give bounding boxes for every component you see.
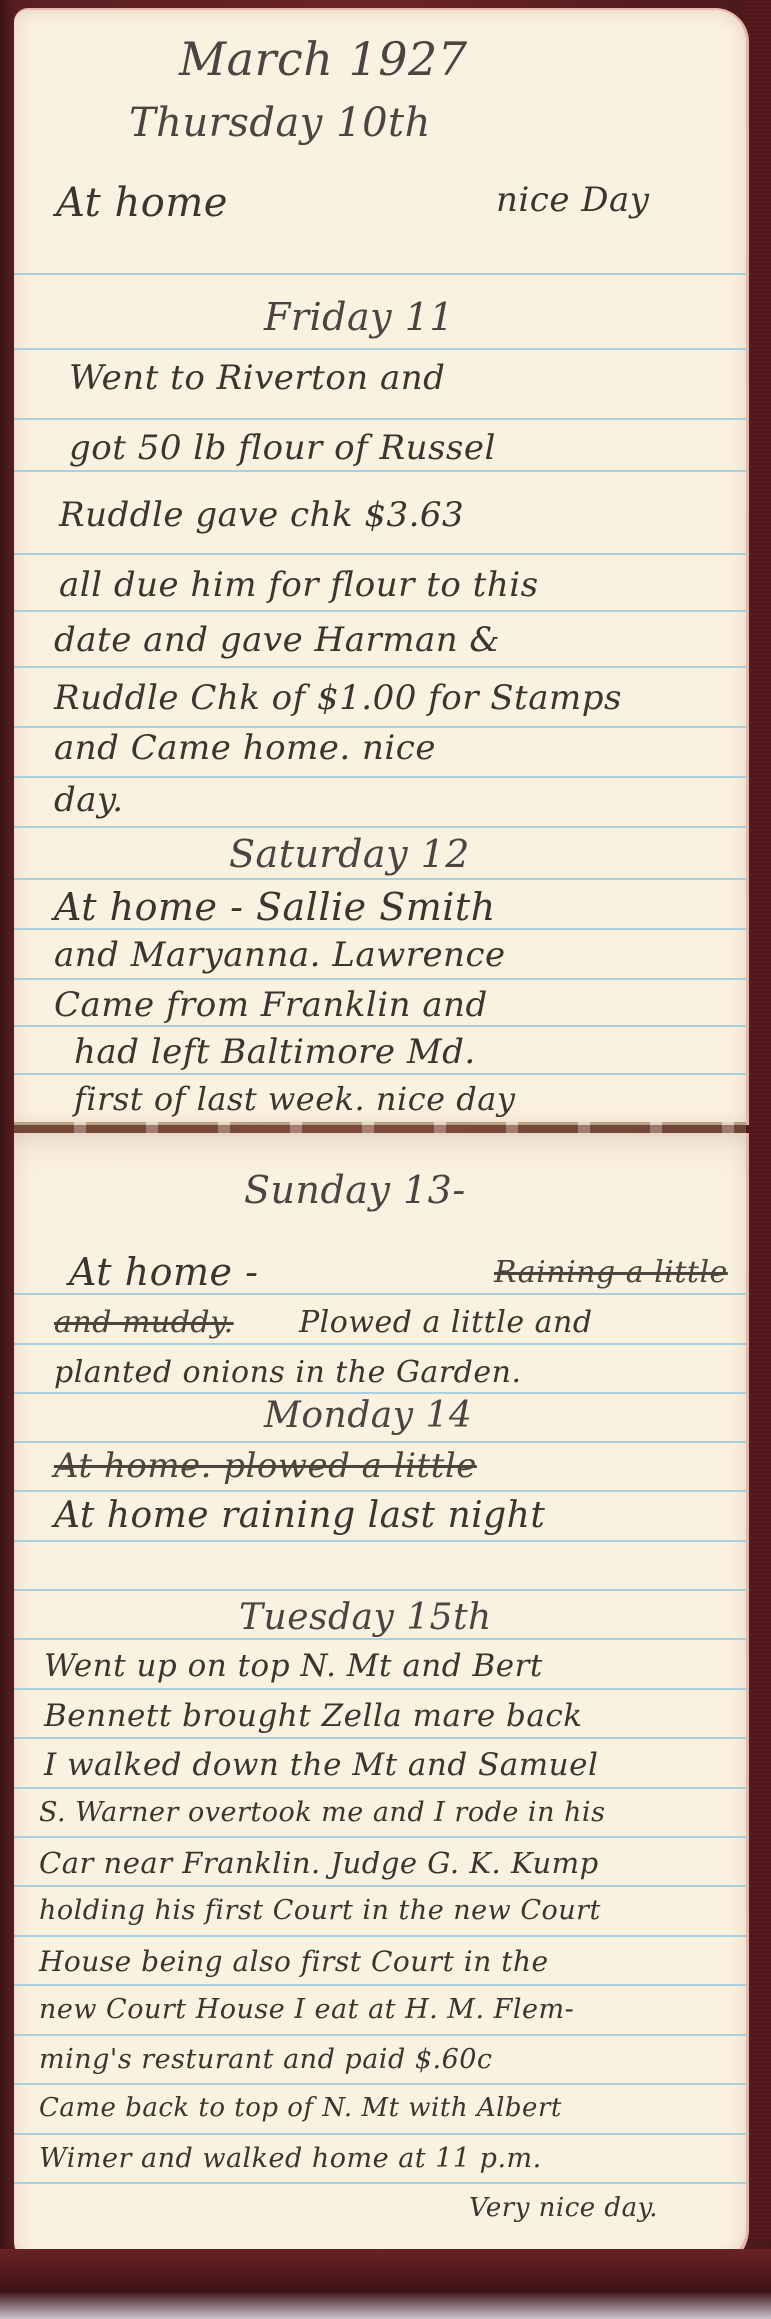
entry-line: Ruddle Chk of $1.00 for Stamps: [54, 678, 622, 718]
month-year-heading: March 1927: [179, 32, 468, 86]
entry-line: Bennett brought Zella mare back: [44, 1698, 583, 1734]
entry-line: first of last week. nice day: [74, 1080, 515, 1118]
struck-text: At home. plowed a little: [54, 1446, 477, 1486]
entry-line: At home - Sallie Smith: [54, 885, 496, 929]
diary-page-bottom: Sunday 13- At home - Raining a little an…: [14, 1133, 749, 2269]
entry-line: new Court House I eat at H. M. Flem-: [39, 1994, 574, 2025]
entry-line: Came from Franklin and: [54, 985, 488, 1025]
diary-page-top: March 1927 Thursday 10th At home nice Da…: [14, 8, 749, 1125]
entry-line: planted onions in the Garden.: [54, 1355, 521, 1390]
entry-line: all due him for flour to this: [59, 565, 539, 605]
entry-day-monday: Monday 14: [264, 1395, 472, 1436]
entry-line: At home -: [69, 1250, 258, 1294]
entry-line: S. Warner overtook me and I rode in his: [39, 1797, 605, 1828]
entry-line: day.: [54, 780, 124, 820]
entry-line: Went to Riverton and: [69, 358, 445, 398]
entry-line: Ruddle gave chk $3.63: [59, 495, 464, 535]
entry-line: At home raining last night: [54, 1495, 545, 1536]
entry-line: Came back to top of N. Mt with Albert: [39, 2093, 562, 2123]
entry-line: Car near Franklin. Judge G. K. Kump: [39, 1846, 599, 1880]
entry-line: At home: [56, 180, 228, 226]
entry-line: ming's resturant and paid $.60c: [39, 2044, 493, 2075]
book-cover-bottom: [0, 2249, 771, 2319]
entry-day-thursday: Thursday 10th: [129, 100, 431, 146]
weather-note: nice Day: [496, 180, 649, 220]
entry-line: and Maryanna. Lawrence: [54, 935, 506, 975]
entry-line: and Came home. nice: [54, 728, 436, 768]
entry-day-sunday: Sunday 13-: [244, 1168, 466, 1212]
entry-line: holding his first Court in the new Court: [39, 1895, 601, 1926]
entry-line: date and gave Harman &: [54, 620, 500, 660]
closing-note: Very nice day.: [469, 2193, 658, 2223]
entry-line: got 50 lb flour of Russel: [69, 428, 496, 468]
diary-book: March 1927 Thursday 10th At home nice Da…: [0, 0, 771, 2319]
entry-line: I walked down the Mt and Samuel: [44, 1747, 598, 1783]
struck-text: Raining a little: [494, 1255, 728, 1290]
entry-line: Went up on top N. Mt and Bert: [44, 1648, 543, 1684]
entry-line: Wimer and walked home at 11 p.m.: [39, 2143, 542, 2174]
entry-line: House being also first Court in the: [39, 1945, 549, 1978]
entry-line: had left Baltimore Md.: [74, 1032, 476, 1072]
entry-day-saturday: Saturday 12: [229, 832, 470, 876]
entry-day-friday: Friday 11: [264, 295, 454, 339]
entry-line: Plowed a little and: [299, 1305, 593, 1340]
entry-day-tuesday: Tuesday 15th: [239, 1597, 492, 1638]
struck-text: and muddy.: [54, 1305, 234, 1340]
